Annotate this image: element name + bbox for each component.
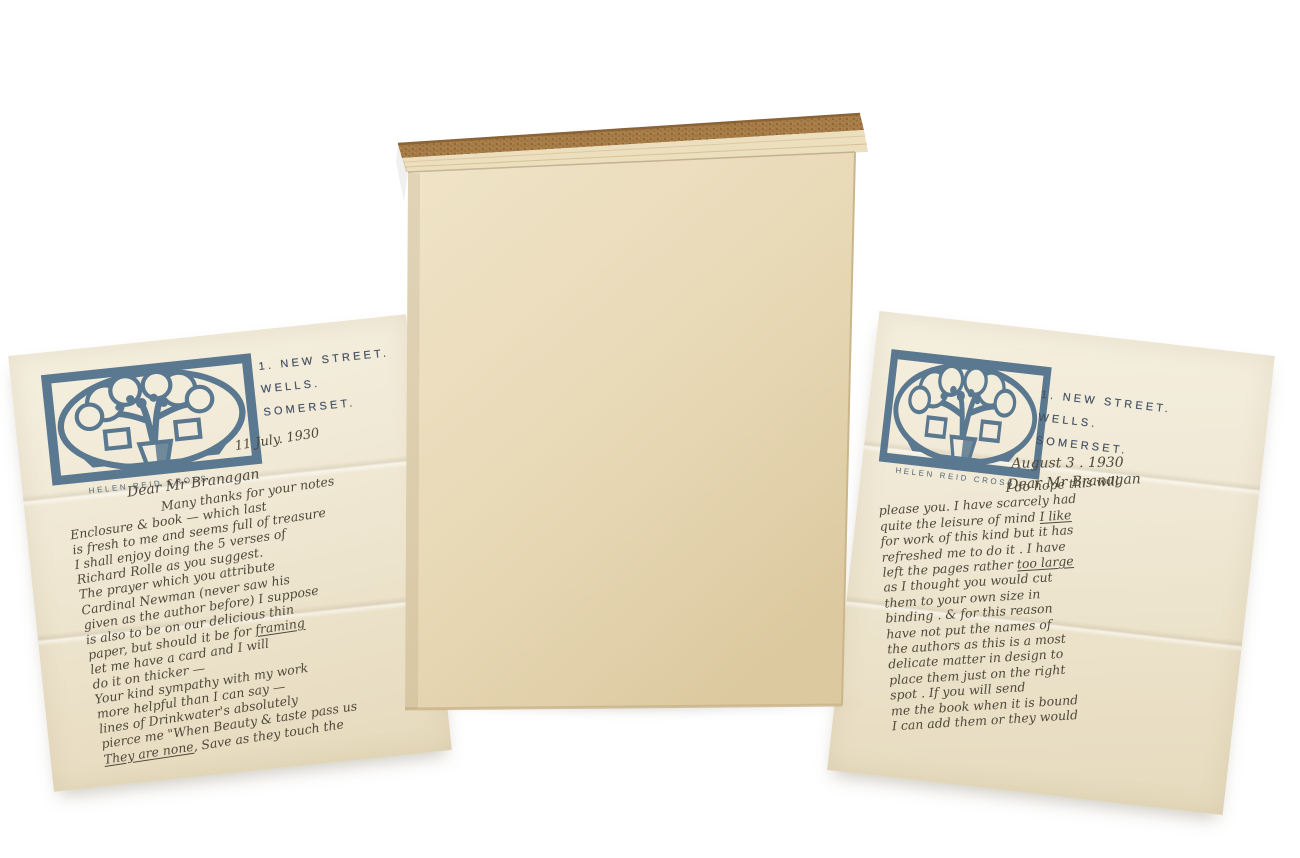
book [390,92,882,722]
letter-body: I do hope this willplease you. I have sc… [877,468,1209,733]
letterhead-address: 1. NEW STREET.WELLS.SOMERSET. [258,342,395,424]
letter-left: HELEN REID CROSS. 1. NEW STREET.WELLS.SO… [8,314,452,791]
book-cover [405,152,855,709]
tree-woodcut-stamp-icon [40,353,263,487]
photo-of-book-and-letters: HELEN REID CROSS. 1. NEW STREET.WELLS.SO… [0,0,1300,858]
letter-right: HELEN REID CROSS. 1. NEW STREET.WELLS.SO… [827,311,1275,815]
letter-date: August 3 . 1930 [1011,455,1123,472]
